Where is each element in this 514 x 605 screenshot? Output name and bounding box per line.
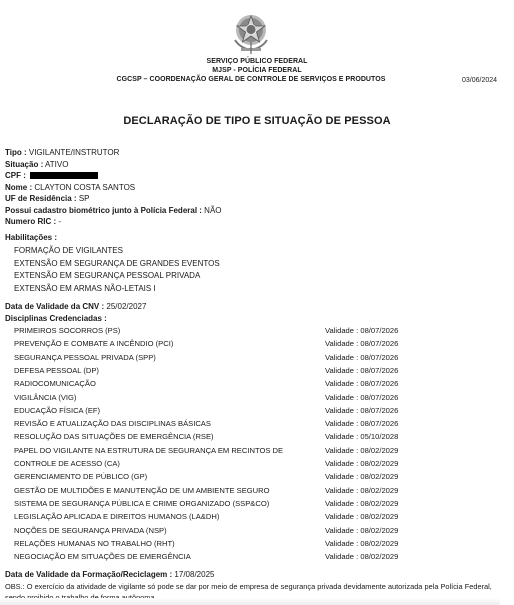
disciplina-validade: Validade : 08/02/2029 bbox=[325, 446, 398, 455]
field-ric: Numero RIC : - bbox=[5, 217, 61, 226]
disciplina-validade: Validade : 08/07/2026 bbox=[325, 393, 398, 402]
validade-label: Validade : bbox=[325, 499, 358, 508]
field-label: Situação : bbox=[5, 160, 43, 169]
validade-date: 08/02/2029 bbox=[360, 552, 398, 561]
validade-date: 05/10/2028 bbox=[360, 432, 398, 441]
disciplina-row: RADIOCOMUNICAÇÃOValidade : 08/07/2026 bbox=[14, 379, 414, 390]
disciplina-validade: Validade : 08/07/2026 bbox=[325, 326, 398, 335]
field-biometrico: Possui cadastro biométrico junto à Políc… bbox=[5, 206, 222, 215]
validade-label: Validade : bbox=[325, 326, 358, 335]
field-label: Numero RIC : bbox=[5, 217, 56, 226]
validade-label: Validade : bbox=[325, 446, 358, 455]
field-value: SP bbox=[79, 194, 90, 203]
validade-label: Validade : bbox=[325, 486, 358, 495]
disciplina-validade: Validade : 08/07/2026 bbox=[325, 353, 398, 362]
field-value: 17/08/2025 bbox=[174, 570, 214, 579]
disciplina-validade: Validade : 08/02/2029 bbox=[325, 499, 398, 508]
validade-date: 08/07/2026 bbox=[360, 339, 398, 348]
disciplina-validade: Validade : 08/02/2029 bbox=[325, 512, 398, 521]
field-label: Nome : bbox=[5, 183, 32, 192]
field-uf: UF de Residência : SP bbox=[5, 194, 89, 203]
validade-label: Validade : bbox=[325, 552, 358, 561]
section-label: Disciplinas Credenciadas : bbox=[5, 314, 107, 323]
validade-date: 08/02/2029 bbox=[360, 499, 398, 508]
field-label: Tipo : bbox=[5, 148, 27, 157]
field-formacao: Data de Validade da Formação/Reciclagem … bbox=[5, 570, 214, 579]
disciplina-validade: Validade : 08/02/2029 bbox=[325, 552, 398, 561]
disciplina-validade: Validade : 08/07/2026 bbox=[325, 339, 398, 348]
redaction-bar bbox=[30, 172, 98, 179]
validade-date: 08/07/2026 bbox=[360, 366, 398, 375]
validade-date: 08/02/2029 bbox=[360, 446, 398, 455]
field-value: NÃO bbox=[204, 206, 221, 215]
field-value: - bbox=[58, 217, 61, 226]
page-bottom-edge bbox=[0, 598, 514, 605]
disciplina-row: EDUCAÇÃO FÍSICA (EF)Validade : 08/07/202… bbox=[14, 406, 414, 417]
validade-label: Validade : bbox=[325, 432, 358, 441]
disciplina-name: REVISÃO E ATUALIZAÇÃO DAS DISCIPLINAS BÁ… bbox=[14, 419, 211, 428]
habilitacao-item: EXTENSÃO EM ARMAS NÃO-LETAIS I bbox=[14, 284, 156, 293]
validade-date: 08/07/2026 bbox=[360, 406, 398, 415]
issue-date: 03/06/2024 bbox=[462, 77, 497, 84]
validade-date: 08/02/2029 bbox=[360, 539, 398, 548]
disciplina-name: SISTEMA DE SEGURANÇA PÚBLICA E CRIME ORG… bbox=[14, 499, 269, 508]
disciplina-row: PREVENÇÃO E COMBATE A INCÊNDIO (PCI)Vali… bbox=[14, 339, 414, 350]
field-situacao: Situação : ATIVO bbox=[5, 160, 68, 169]
disciplina-name: VIGILÂNCIA (VIG) bbox=[14, 393, 76, 402]
validade-label: Validade : bbox=[325, 419, 358, 428]
validade-label: Validade : bbox=[325, 379, 358, 388]
habilitacao-item: EXTENSÃO EM SEGURANÇA PESSOAL PRIVADA bbox=[14, 271, 200, 280]
field-label: Data de Validade da Formação/Reciclagem … bbox=[5, 570, 172, 579]
validade-label: Validade : bbox=[325, 459, 358, 468]
disciplina-name: SEGURANÇA PESSOAL PRIVADA (SPP) bbox=[14, 353, 156, 362]
disciplina-validade: Validade : 08/07/2026 bbox=[325, 419, 398, 428]
validade-date: 08/07/2026 bbox=[360, 379, 398, 388]
validade-date: 08/02/2029 bbox=[360, 512, 398, 521]
disciplina-name: RADIOCOMUNICAÇÃO bbox=[14, 379, 96, 388]
disciplina-row: CONTROLE DE ACESSO (CA)Validade : 08/02/… bbox=[14, 459, 414, 470]
document-page: SERVIÇO PÚBLICO FEDERAL MJSP - POLÍCIA F… bbox=[0, 0, 514, 605]
header-line-3: CGCSP – COORDENAÇÃO GERAL DE CONTROLE DE… bbox=[0, 76, 508, 83]
validade-date: 08/07/2026 bbox=[360, 353, 398, 362]
field-value: VIGILANTE/INSTRUTOR bbox=[29, 148, 120, 157]
field-label: UF de Residência : bbox=[5, 194, 77, 203]
header-line-1: SERVIÇO PÚBLICO FEDERAL bbox=[0, 58, 514, 65]
disciplina-row: LEGISLAÇÃO APLICADA E DIREITOS HUMANOS (… bbox=[14, 512, 414, 523]
disciplina-name: DEFESA PESSOAL (DP) bbox=[14, 366, 99, 375]
disciplina-validade: Validade : 08/02/2029 bbox=[325, 526, 398, 535]
disciplina-validade: Validade : 08/02/2029 bbox=[325, 472, 398, 481]
validade-date: 08/02/2029 bbox=[360, 526, 398, 535]
disciplina-row: NOÇÕES DE SEGURANÇA PRIVADA (NSP)Validad… bbox=[14, 526, 414, 537]
disciplina-row: SISTEMA DE SEGURANÇA PÚBLICA E CRIME ORG… bbox=[14, 499, 414, 510]
habilitacoes-heading: Habilitações : bbox=[5, 233, 57, 242]
disciplina-row: REVISÃO E ATUALIZAÇÃO DAS DISCIPLINAS BÁ… bbox=[14, 419, 414, 430]
field-label: Data de Validade da CNV : bbox=[5, 302, 104, 311]
disciplina-validade: Validade : 08/02/2029 bbox=[325, 486, 398, 495]
validade-date: 08/02/2029 bbox=[360, 459, 398, 468]
field-value: 25/02/2027 bbox=[106, 302, 146, 311]
disciplinas-heading: Disciplinas Credenciadas : bbox=[5, 314, 107, 323]
disciplina-name: GESTÃO DE MULTIDÕES E MANUTENÇÃO DE UM A… bbox=[14, 486, 270, 495]
validade-date: 08/07/2026 bbox=[360, 326, 398, 335]
field-value: ATIVO bbox=[45, 160, 68, 169]
brazil-coat-of-arms-icon bbox=[228, 10, 274, 56]
disciplina-name: NEGOCIAÇÃO EM SITUAÇÕES DE EMERGÊNCIA bbox=[14, 552, 191, 561]
disciplina-name: PRIMEIROS SOCORROS (PS) bbox=[14, 326, 120, 335]
disciplina-row: DEFESA PESSOAL (DP)Validade : 08/07/2026 bbox=[14, 366, 414, 377]
habilitacao-item: EXTENSÃO EM SEGURANÇA DE GRANDES EVENTOS bbox=[14, 259, 220, 268]
disciplina-validade: Validade : 08/02/2029 bbox=[325, 539, 398, 548]
validade-date: 08/07/2026 bbox=[360, 419, 398, 428]
validade-date: 08/02/2029 bbox=[360, 486, 398, 495]
validade-label: Validade : bbox=[325, 393, 358, 402]
disciplina-validade: Validade : 08/07/2026 bbox=[325, 366, 398, 375]
disciplina-row: RESOLUÇÃO DAS SITUAÇÕES DE EMERGÊNCIA (R… bbox=[14, 432, 414, 443]
field-label: CPF : bbox=[5, 171, 26, 180]
field-tipo: Tipo : VIGILANTE/INSTRUTOR bbox=[5, 148, 119, 157]
disciplina-name: CONTROLE DE ACESSO (CA) bbox=[14, 459, 120, 468]
field-nome: Nome : CLAYTON COSTA SANTOS bbox=[5, 183, 135, 192]
validade-label: Validade : bbox=[325, 339, 358, 348]
field-cnv: Data de Validade da CNV : 25/02/2027 bbox=[5, 302, 146, 311]
field-label: Possui cadastro biométrico junto à Políc… bbox=[5, 206, 202, 215]
disciplina-name: PAPEL DO VIGILANTE NA ESTRUTURA DE SEGUR… bbox=[14, 446, 283, 455]
section-label: Habilitações : bbox=[5, 233, 57, 242]
validade-date: 08/02/2029 bbox=[360, 472, 398, 481]
validade-label: Validade : bbox=[325, 512, 358, 521]
disciplina-name: GERENCIAMENTO DE PÚBLICO (GP) bbox=[14, 472, 147, 481]
disciplina-validade: Validade : 08/07/2026 bbox=[325, 379, 398, 388]
validade-label: Validade : bbox=[325, 353, 358, 362]
field-value: CLAYTON COSTA SANTOS bbox=[34, 183, 135, 192]
validade-label: Validade : bbox=[325, 406, 358, 415]
disciplina-row: GESTÃO DE MULTIDÕES E MANUTENÇÃO DE UM A… bbox=[14, 486, 414, 497]
habilitacao-item: FORMAÇÃO DE VIGILANTES bbox=[14, 246, 123, 255]
disciplina-name: RESOLUÇÃO DAS SITUAÇÕES DE EMERGÊNCIA (R… bbox=[14, 432, 214, 441]
disciplina-row: PRIMEIROS SOCORROS (PS)Validade : 08/07/… bbox=[14, 326, 414, 337]
disciplina-row: VIGILÂNCIA (VIG)Validade : 08/07/2026 bbox=[14, 393, 414, 404]
disciplina-row: NEGOCIAÇÃO EM SITUAÇÕES DE EMERGÊNCIAVal… bbox=[14, 552, 414, 563]
disciplina-row: PAPEL DO VIGILANTE NA ESTRUTURA DE SEGUR… bbox=[14, 446, 414, 457]
validade-label: Validade : bbox=[325, 366, 358, 375]
disciplina-row: SEGURANÇA PESSOAL PRIVADA (SPP)Validade … bbox=[14, 353, 414, 364]
disciplina-name: PREVENÇÃO E COMBATE A INCÊNDIO (PCI) bbox=[14, 339, 173, 348]
disciplina-validade: Validade : 05/10/2028 bbox=[325, 432, 398, 441]
validade-label: Validade : bbox=[325, 526, 358, 535]
disciplina-name: LEGISLAÇÃO APLICADA E DIREITOS HUMANOS (… bbox=[14, 512, 219, 521]
disciplina-row: GERENCIAMENTO DE PÚBLICO (GP)Validade : … bbox=[14, 472, 414, 483]
disciplina-validade: Validade : 08/02/2029 bbox=[325, 459, 398, 468]
disciplina-row: RELAÇÕES HUMANAS NO TRABALHO (RHT)Valida… bbox=[14, 539, 414, 550]
validade-label: Validade : bbox=[325, 539, 358, 548]
page-title: DECLARAÇÃO DE TIPO E SITUAÇÃO DE PESSOA bbox=[0, 115, 514, 127]
validade-label: Validade : bbox=[325, 472, 358, 481]
disciplina-name: EDUCAÇÃO FÍSICA (EF) bbox=[14, 406, 100, 415]
validade-date: 08/07/2026 bbox=[360, 393, 398, 402]
disciplina-name: RELAÇÕES HUMANAS NO TRABALHO (RHT) bbox=[14, 539, 175, 548]
disciplina-validade: Validade : 08/07/2026 bbox=[325, 406, 398, 415]
header-line-2: MJSP - POLÍCIA FEDERAL bbox=[0, 67, 514, 74]
field-cpf: CPF : bbox=[5, 171, 98, 180]
disciplina-name: NOÇÕES DE SEGURANÇA PRIVADA (NSP) bbox=[14, 526, 167, 535]
